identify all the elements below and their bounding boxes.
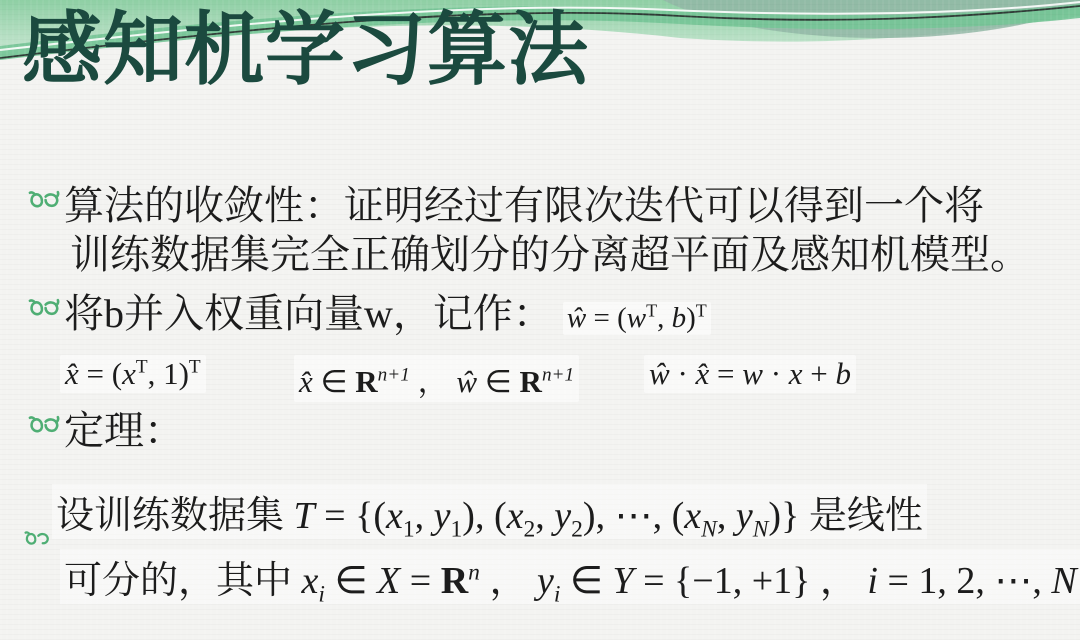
- bullet-item-theorem: 定理：: [28, 406, 184, 455]
- formula-w-hat-definition: ŵ = (wT, b)T: [563, 302, 711, 335]
- convergence-text-line2: 训练数据集完全正确划分的分离超平面及感知机模型。: [70, 230, 1030, 279]
- leaf-swirl-bullet-icon: [28, 415, 60, 441]
- leaf-swirl-bullet-icon: [24, 530, 50, 552]
- presentation-slide: 感知机学习算法 算法的收敛性：证明经过有限次迭代可以得到一个将 训练数据集完全正…: [0, 0, 1080, 640]
- bullet-item-augment: 将b并入权重向量w，记作： ŵ = (wT, b)T: [28, 289, 711, 338]
- theorem-label: 定理：: [64, 406, 184, 455]
- convergence-text-line1: 算法的收敛性：证明经过有限次迭代可以得到一个将: [64, 181, 1030, 230]
- leaf-swirl-bullet-icon: [28, 298, 60, 324]
- theorem-text-line1: 设训练数据集 T = {(x1, y1), (x2, y2), ⋯, (xN, …: [52, 484, 927, 539]
- formula-dot-product: ŵ · x̂ = w · x + b: [644, 355, 856, 393]
- formula-x-hat-definition: x̂ = (xT, 1)T: [60, 355, 206, 393]
- leaf-swirl-bullet-icon: [28, 190, 60, 216]
- bullet-item-convergence: 算法的收敛性：证明经过有限次迭代可以得到一个将 训练数据集完全正确划分的分离超平…: [28, 181, 1030, 279]
- augment-text: 将b并入权重向量w，记作：: [64, 289, 553, 338]
- formula-space-membership: x̂ ∈ Rn+1 ， ŵ ∈ Rn+1: [294, 355, 579, 402]
- theorem-text-line2: 可分的，其中 xi ∈ X = Rn ， yi ∈ Y = {−1, +1} ，…: [60, 549, 1080, 604]
- page-title: 感知机学习算法: [22, 0, 589, 100]
